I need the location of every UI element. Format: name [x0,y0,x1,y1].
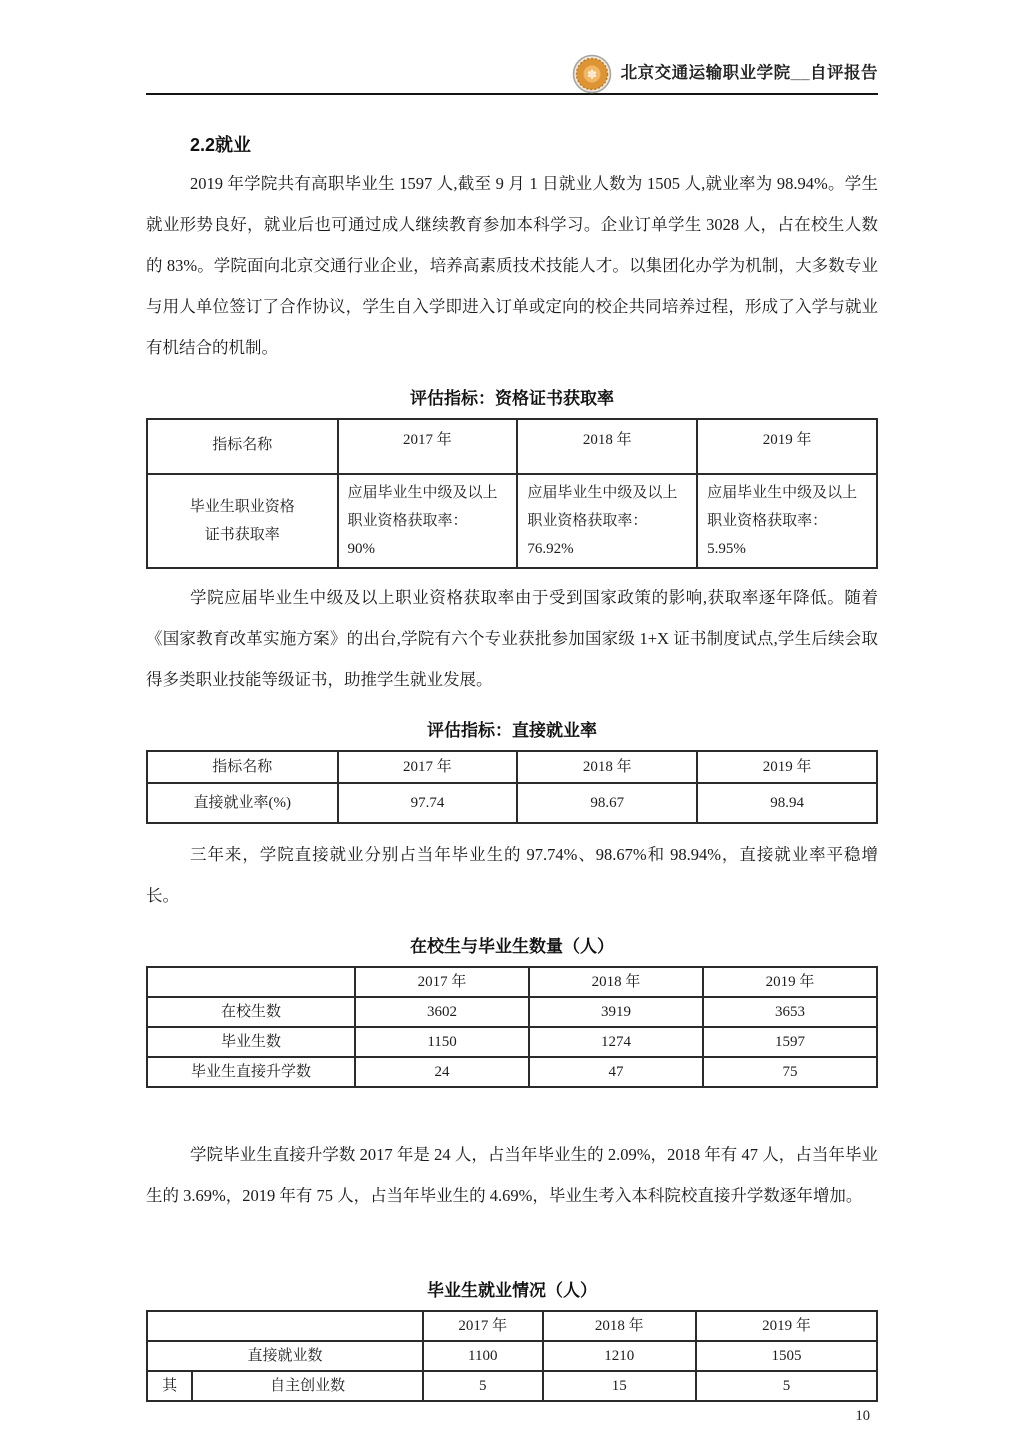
graduate-employment-table-caption: 毕业生就业情况（人） [146,1276,878,1301]
header-cell-2018: 2018 年 [517,419,697,474]
table-row: 直接就业率(%) 97.74 98.67 98.94 [147,783,877,823]
header-cell-2018: 2018 年 [543,1311,696,1341]
table-header-row: 指标名称 2017 年 2018 年 2019 年 [147,751,877,783]
header-cell-2017: 2017 年 [423,1311,543,1341]
row-label-cell: 直接就业率(%) [147,783,338,823]
row-label-cell: 自主创业数 [192,1371,423,1401]
report-page: ✽ 北京交通运输职业学院__自评报告 2.2就业 2019 年学院共有高职毕业生… [146,0,878,1448]
graduate-employment-table: 2017 年 2018 年 2019 年 直接就业数 1100 1210 150… [146,1310,878,1402]
enrollment-table: 2017 年 2018 年 2019 年 在校生数 3602 3919 3653… [146,966,878,1088]
table-row: 毕业生职业资格 证书获取率 应届毕业生中级及以上职业资格获取率： 90% 应届毕… [147,474,877,568]
row-label-cell: 在校生数 [147,997,355,1027]
table-header-row: 2017 年 2018 年 2019 年 [147,1311,877,1341]
header-cell-2018: 2018 年 [529,967,703,997]
cell-text: 应届毕业生中级及以上职业资格获取率： [707,479,867,535]
employment-rate-table: 指标名称 2017 年 2018 年 2019 年 直接就业率(%) 97.74… [146,750,878,824]
paragraph-employment-overview: 2019 年学院共有高职毕业生 1597 人,截至 9 月 1 日就业人数为 1… [146,163,878,368]
cell-value: 5.95% [707,535,867,563]
header-cell-2019: 2019 年 [697,751,877,783]
svg-text:✽: ✽ [587,68,597,82]
header-cell-2017: 2017 年 [355,967,529,997]
data-cell-2019: 75 [703,1057,877,1087]
header-cell-indicator: 指标名称 [147,419,338,474]
paragraph-certificate-analysis: 学院应届毕业生中级及以上职业资格获取率由于受到国家政策的影响,获取率逐年降低。随… [146,577,878,700]
header-cell-2019: 2019 年 [697,419,877,474]
table-header-row: 指标名称 2017 年 2018 年 2019 年 [147,419,877,474]
table-row: 直接就业数 1100 1210 1505 [147,1341,877,1371]
data-cell-2017: 3602 [355,997,529,1027]
header-cell-2017: 2017 年 [338,419,518,474]
header-cell-2019: 2019 年 [696,1311,877,1341]
row-label-cell: 毕业生数 [147,1027,355,1057]
table-row: 其 自主创业数 5 15 5 [147,1371,877,1401]
header-title: 北京交通运输职业学院__自评报告 [621,59,878,83]
cell-text: 应届毕业生中级及以上职业资格获取率： [527,479,687,535]
row-label-cell: 毕业生职业资格 证书获取率 [147,474,338,568]
data-cell-2017: 应届毕业生中级及以上职业资格获取率： 90% [338,474,518,568]
row-label-cell: 毕业生直接升学数 [147,1057,355,1087]
header-cell-blank [147,1311,423,1341]
data-cell-2019: 1597 [703,1027,877,1057]
header-cell-2019: 2019 年 [703,967,877,997]
cell-value: 90% [348,535,508,563]
data-cell-2019: 3653 [703,997,877,1027]
row-label-line2: 证书获取率 [152,521,333,549]
table-row: 毕业生直接升学数 24 47 75 [147,1057,877,1087]
data-cell-2018: 应届毕业生中级及以上职业资格获取率： 76.92% [517,474,697,568]
table-header-row: 2017 年 2018 年 2019 年 [147,967,877,997]
row-prefix-cell: 其 [147,1371,192,1401]
data-cell-2019: 98.94 [697,783,877,823]
data-cell-2019: 1505 [696,1341,877,1371]
certificate-table-caption: 评估指标：资格证书获取率 [146,384,878,409]
data-cell-2017: 1150 [355,1027,529,1057]
page-header: ✽ 北京交通运输职业学院__自评报告 [146,0,878,95]
data-cell-2017: 97.74 [338,783,518,823]
section-heading: 2.2就业 [146,131,878,157]
row-label-cell: 直接就业数 [147,1341,423,1371]
enrollment-table-caption: 在校生与毕业生数量（人） [146,932,878,957]
data-cell-2018: 1274 [529,1027,703,1057]
data-cell-2018: 15 [543,1371,696,1401]
row-label-line1: 毕业生职业资格 [152,493,333,521]
table-row: 毕业生数 1150 1274 1597 [147,1027,877,1057]
data-cell-2017: 5 [423,1371,543,1401]
data-cell-2018: 1210 [543,1341,696,1371]
cell-text: 应届毕业生中级及以上职业资格获取率： [348,479,508,535]
paragraph-employment-rate-analysis: 三年来，学院直接就业分别占当年毕业生的 97.74%、98.67%和 98.94… [146,834,878,916]
data-cell-2019: 应届毕业生中级及以上职业资格获取率： 5.95% [697,474,877,568]
college-seal-icon: ✽ [572,54,612,94]
data-cell-2018: 3919 [529,997,703,1027]
header-cell-2018: 2018 年 [517,751,697,783]
page-number: 10 [146,1408,878,1425]
data-cell-2017: 1100 [423,1341,543,1371]
data-cell-2018: 47 [529,1057,703,1087]
cell-value: 76.92% [527,535,687,563]
table-row: 在校生数 3602 3919 3653 [147,997,877,1027]
employment-rate-table-caption: 评估指标：直接就业率 [146,716,878,741]
data-cell-2018: 98.67 [517,783,697,823]
certificate-table: 指标名称 2017 年 2018 年 2019 年 毕业生职业资格 证书获取率 … [146,418,878,569]
header-cell-indicator: 指标名称 [147,751,338,783]
header-cell-2017: 2017 年 [338,751,518,783]
data-cell-2019: 5 [696,1371,877,1401]
paragraph-further-study-analysis: 学院毕业生直接升学数 2017 年是 24 人，占当年毕业生的 2.09%，20… [146,1134,878,1216]
data-cell-2017: 24 [355,1057,529,1087]
header-cell-blank [147,967,355,997]
